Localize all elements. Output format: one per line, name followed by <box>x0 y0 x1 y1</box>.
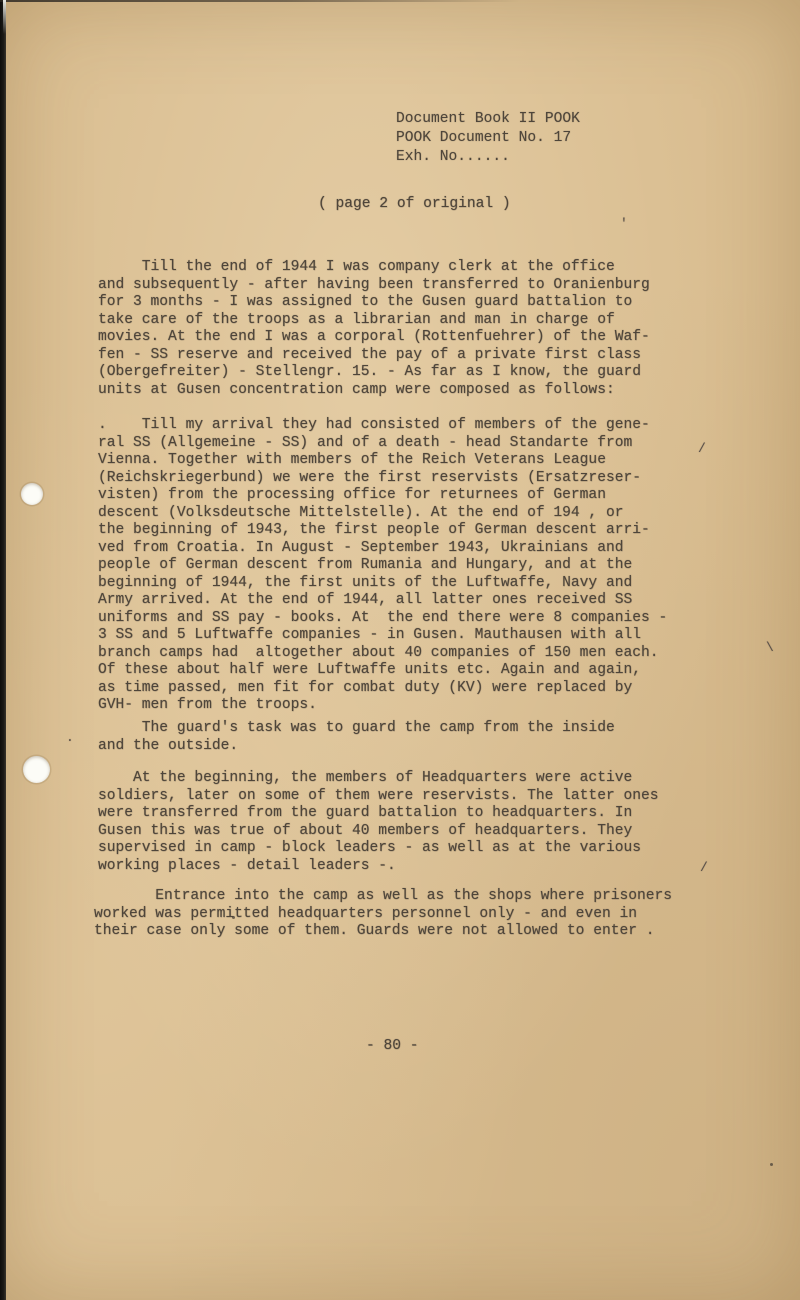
paragraph-2: . Till my arrival they had consisted of … <box>98 417 667 715</box>
paragraph-4: At the beginning, the members of Headqua… <box>98 770 659 875</box>
ink-fleck <box>770 1163 773 1166</box>
ink-speck: / <box>698 441 706 456</box>
page-of-original-note: ( page 2 of original ) <box>318 196 511 214</box>
paragraph-1: Till the end of 1944 I was company clerk… <box>98 259 650 399</box>
ink-speck: . <box>66 730 74 745</box>
ink-speck: / <box>700 860 708 875</box>
page-number: - 80 - <box>366 1038 419 1056</box>
document-header: Document Book II POOK POOK Document No. … <box>396 110 580 167</box>
header-book-title: Document Book II POOK <box>396 110 580 129</box>
header-exhibit-number: Exh. No...... <box>396 148 580 167</box>
ink-speck: ' <box>620 216 628 231</box>
scanned-document-page: Document Book II POOK POOK Document No. … <box>0 0 800 1300</box>
ink-fleck <box>232 916 235 919</box>
ink-speck: \ <box>766 640 774 655</box>
typewritten-text-layer: Document Book II POOK POOK Document No. … <box>0 0 800 1300</box>
header-document-number: POOK Document No. 17 <box>396 129 580 148</box>
paragraph-3: The guard's task was to guard the camp f… <box>98 720 615 755</box>
paragraph-5: Entrance into the camp as well as the sh… <box>94 888 672 941</box>
